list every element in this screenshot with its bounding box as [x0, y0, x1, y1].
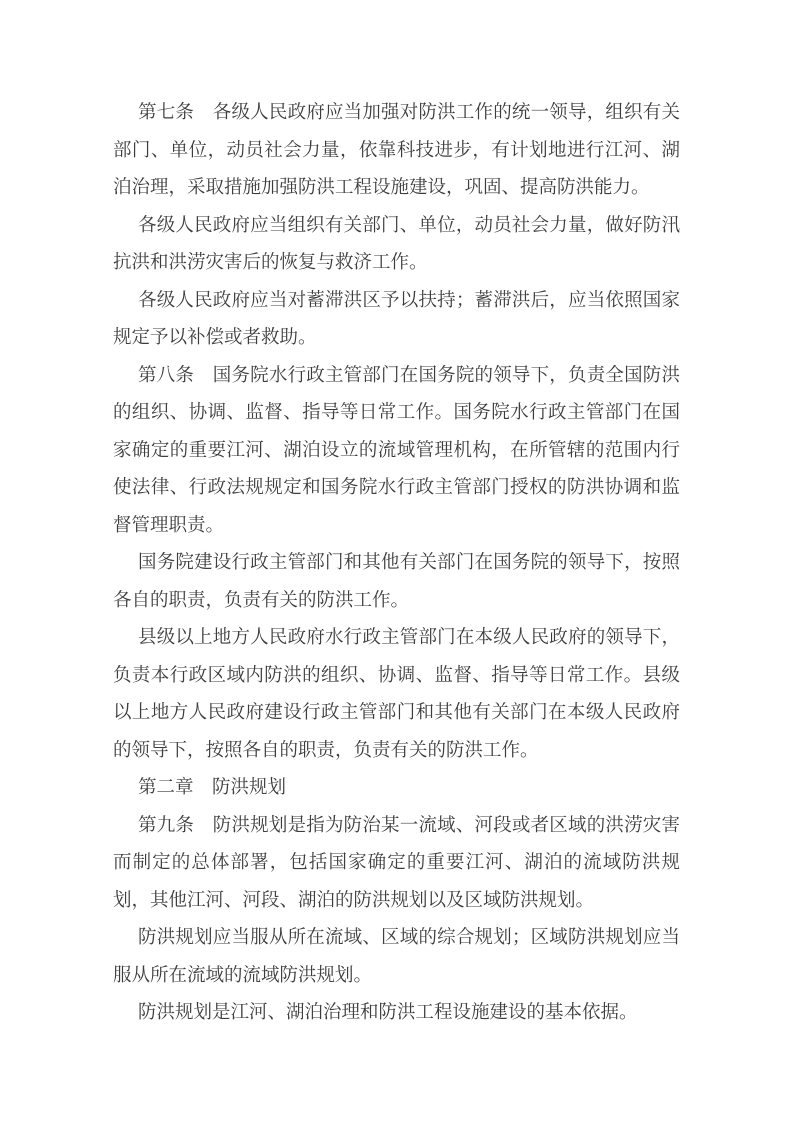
paragraph-article-8: 第八条 国务院水行政主管部门在国务院的领导下，负责全国防洪的组织、协调、监督、指… [113, 357, 680, 545]
paragraph-article-9: 第九条 防洪规划是指为防治某一流域、河段或者区域的洪涝灾害而制定的总体部署，包括… [113, 807, 680, 920]
paragraph: 县级以上地方人民政府水行政主管部门在本级人民政府的领导下，负责本行政区域内防洪的… [113, 619, 680, 769]
paragraph: 防洪规划是江河、湖泊治理和防洪工程设施建设的基本依据。 [113, 994, 680, 1032]
paragraph: 各级人民政府应当对蓄滞洪区予以扶持；蓄滞洪后，应当依照国家规定予以补偿或者救助。 [113, 282, 680, 357]
paragraph: 防洪规划应当服从所在流域、区域的综合规划；区域防洪规划应当服从所在流域的流域防洪… [113, 919, 680, 994]
paragraph: 各级人民政府应当组织有关部门、单位，动员社会力量，做好防汛抗洪和洪涝灾害后的恢复… [113, 207, 680, 282]
document-page: 第七条 各级人民政府应当加强对防洪工作的统一领导，组织有关部门、单位，动员社会力… [0, 0, 793, 1122]
paragraph-article-7: 第七条 各级人民政府应当加强对防洪工作的统一领导，组织有关部门、单位，动员社会力… [113, 94, 680, 207]
chapter-heading: 第二章 防洪规划 [113, 769, 680, 807]
paragraph: 国务院建设行政主管部门和其他有关部门在国务院的领导下，按照各自的职责，负责有关的… [113, 544, 680, 619]
document-body: 第七条 各级人民政府应当加强对防洪工作的统一领导，组织有关部门、单位，动员社会力… [113, 94, 680, 1032]
